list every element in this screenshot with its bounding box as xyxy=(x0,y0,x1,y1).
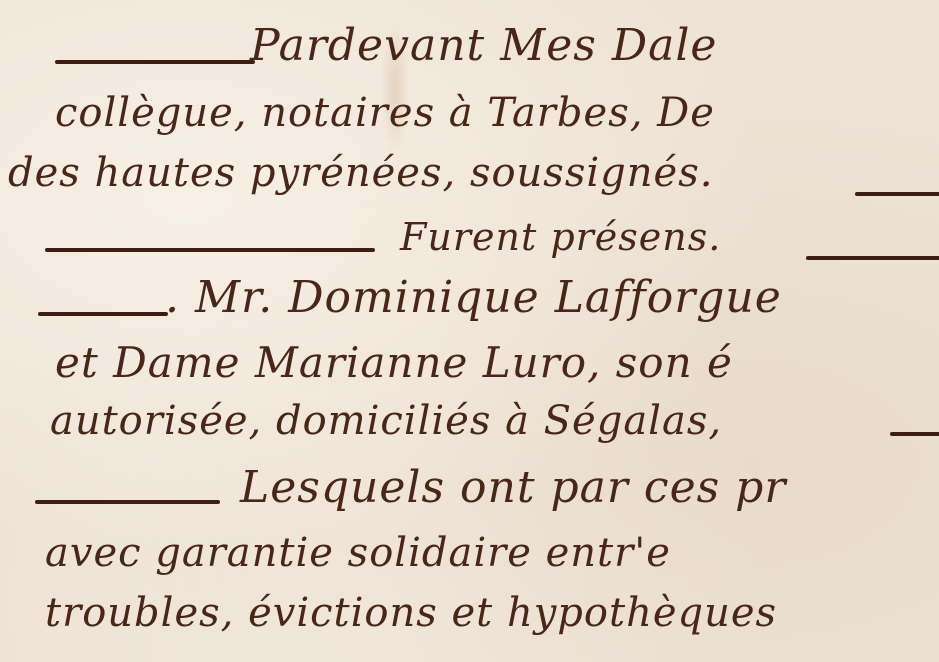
filler-rule xyxy=(35,500,220,504)
filler-rule xyxy=(45,248,375,252)
filler-rule xyxy=(890,432,939,436)
document-line-3: des hautes pyrénées, soussignés. xyxy=(8,150,713,196)
document-line-9: avec garantie solidaire entr'e xyxy=(45,530,671,576)
document-line-1: Pardevant Mes Dale xyxy=(250,20,717,71)
filler-rule xyxy=(55,60,255,64)
document-line-8: Lesquels ont par ces pr xyxy=(240,462,786,513)
filler-rule xyxy=(806,256,939,260)
document-line-10: troubles, évictions et hypothèques xyxy=(45,590,777,636)
filler-rule xyxy=(38,312,168,316)
document-line-5: . Mr. Dominique Lafforgue xyxy=(165,272,782,323)
filler-rule xyxy=(855,192,939,196)
document-line-7: autorisée, domiciliés à Ségalas, xyxy=(50,398,722,444)
document-line-2: collègue, notaires à Tarbes, De xyxy=(55,90,715,136)
handwritten-document-page: Pardevant Mes Dale collègue, notaires à … xyxy=(0,0,939,662)
document-line-6: et Dame Marianne Luro, son é xyxy=(55,338,733,387)
document-line-4: Furent présens. xyxy=(400,215,721,259)
